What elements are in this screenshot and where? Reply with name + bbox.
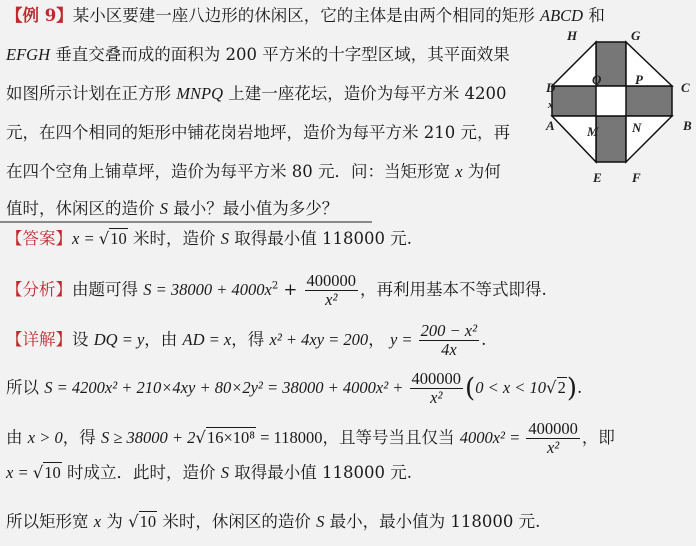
text: 由 <box>6 428 28 447</box>
text: ， <box>368 330 390 349</box>
math-var: x <box>94 512 101 531</box>
octagon-diagram: H G D C x A B Q P M N E F <box>538 28 696 188</box>
text: 在四个空角上铺草坪，造价为每平方米 80 元．问：当矩形宽 <box>6 162 455 181</box>
problem-line-5: 在四个空角上铺草坪，造价为每平方米 80 元．问：当矩形宽 x 为何 <box>6 162 501 182</box>
problem-line-2: EFGH 垂直交叠而成的面积为 200 平方米的十字型区域，其平面效果 <box>6 45 510 65</box>
text: 米时，休闲区的造价 <box>157 512 316 531</box>
text: 最小，最小值为 118000 元. <box>324 512 540 531</box>
sqrt: √10 <box>99 228 128 248</box>
text: 值时，休闲区的造价 <box>6 199 160 218</box>
sqrt: √10 <box>128 511 157 531</box>
detail-tag: 【详解】 <box>6 330 72 349</box>
radicand: 16×10⁸ <box>206 427 256 447</box>
math: S = 4200x² + 210×4xy + 80×2y² = 38000 + … <box>44 378 407 397</box>
answer-tag: 【答案】 <box>6 229 72 248</box>
text: 时成立．此时，造价 <box>62 463 221 482</box>
text: 上建一座花坛，造价为每平方米 4200 <box>223 84 506 103</box>
math-var: x <box>455 162 462 181</box>
answer-line: 【答案】x = √10 米时，造价 S 取得最小值 118000 元. <box>6 229 412 249</box>
math: x = <box>72 229 99 248</box>
numerator: 400000 <box>410 370 464 389</box>
text: 垂直交叠而成的面积为 200 平方米的十字型区域，其平面效果 <box>50 45 510 64</box>
text: . <box>577 378 582 397</box>
detail-line-2: 所以 S = 4200x² + 210×4xy + 80×2y² = 38000… <box>6 370 582 407</box>
detail-line-5: 所以矩形宽 x 为 √10 米时，休闲区的造价 S 最小，最小值为 118000… <box>6 512 540 532</box>
detail-line-3: 由 x > 0，得 S ≥ 38000 + 2√16×10⁸ = 118000，… <box>6 420 615 457</box>
label-P: P <box>635 72 643 88</box>
label-M: M <box>587 124 599 140</box>
label-N: N <box>632 120 641 136</box>
sqrt: √10 <box>33 462 62 482</box>
denominator: x² <box>410 389 464 407</box>
denominator: x² <box>305 291 359 309</box>
math: y = <box>390 330 417 349</box>
text: ，得 <box>231 330 269 349</box>
text: ，即 <box>582 428 615 447</box>
math-var: ABCD <box>540 6 583 25</box>
fraction: 400000x² <box>526 420 580 457</box>
fraction: 400000x² <box>410 370 464 407</box>
text: 设 <box>72 330 94 349</box>
label-F: F <box>632 170 641 186</box>
text: . <box>481 330 486 349</box>
radicand: 10 <box>43 462 62 482</box>
numerator: 200 − x² <box>419 322 479 341</box>
octagon-cross-figure <box>538 28 696 188</box>
text: ，得 <box>63 428 101 447</box>
label-A: A <box>546 118 555 134</box>
text: 米时，造价 <box>128 229 221 248</box>
separator-line <box>0 221 372 223</box>
math: S = 38000 + 4000x <box>143 280 272 299</box>
fraction: 200 − x²4x <box>419 322 479 359</box>
text: 为 <box>101 512 128 531</box>
problem-line-4: 元，在四个相同的矩形中铺花岗岩地坪，造价为每平方米 210 元，再 <box>6 123 510 143</box>
math: DQ = y <box>94 330 145 349</box>
math-var: S <box>221 463 229 482</box>
text: 如图所示计划在正方形 <box>6 84 176 103</box>
text: 为何 <box>463 162 501 181</box>
detail-line-1: 【详解】设 DQ = y，由 AD = x，得 x² + 4xy = 200， … <box>6 322 486 359</box>
math-var: S <box>160 199 168 218</box>
sqrt: √2 <box>546 377 567 397</box>
text: + <box>278 280 302 299</box>
math: x > 0 <box>28 428 63 447</box>
text: 最小？最小值为多少？ <box>168 199 338 218</box>
math-var: MNPQ <box>176 84 223 103</box>
math: 0 < x < 10 <box>475 378 546 397</box>
text: ，由 <box>144 330 182 349</box>
text: 取得最小值 118000 元. <box>229 463 412 482</box>
denominator: 4x <box>419 341 479 359</box>
text: 所以 <box>6 378 44 397</box>
label-x: x <box>548 100 553 111</box>
radicand: 2 <box>557 377 567 397</box>
denominator: x² <box>526 439 580 457</box>
label-D: D <box>546 80 555 96</box>
example-tag: 【例 9】 <box>6 6 73 25</box>
label-C: C <box>681 80 690 96</box>
paren-open: ( <box>465 374 475 404</box>
math: x = <box>6 463 33 482</box>
label-Q: Q <box>592 72 601 88</box>
text: = 118000 <box>256 428 322 447</box>
analysis-line: 【分析】由题可得 S = 38000 + 4000x2 + 400000x²，再… <box>6 272 547 309</box>
label-B: B <box>683 118 692 134</box>
text: ，且等号当且仅当 <box>322 428 459 447</box>
math: 4000x² = <box>460 428 525 447</box>
text: ，再利用基本不等式即得. <box>360 280 547 299</box>
numerator: 400000 <box>305 272 359 291</box>
paren-close: ) <box>567 374 577 404</box>
text: 和 <box>583 6 605 25</box>
numerator: 400000 <box>526 420 580 439</box>
text: 由题可得 <box>72 280 143 299</box>
fraction: 400000x² <box>305 272 359 309</box>
label-E: E <box>593 170 602 186</box>
math-var: S <box>221 229 229 248</box>
radicand: 10 <box>139 511 158 531</box>
text: 某小区要建一座八边形的休闲区，它的主体是由两个相同的矩形 <box>73 6 540 25</box>
radicand: 10 <box>109 228 128 248</box>
label-H: H <box>567 28 577 44</box>
detail-line-4: x = √10 时成立．此时，造价 S 取得最小值 118000 元. <box>6 463 412 483</box>
math: x² + 4xy = 200 <box>270 330 369 349</box>
text: 元，在四个相同的矩形中铺花岗岩地坪，造价为每平方米 210 元，再 <box>6 123 510 142</box>
math: S ≥ 38000 + 2 <box>101 428 195 447</box>
math-var: EFGH <box>6 45 50 64</box>
problem-line-3: 如图所示计划在正方形 MNPQ 上建一座花坛，造价为每平方米 4200 <box>6 84 506 104</box>
problem-line-6: 值时，休闲区的造价 S 最小？最小值为多少？ <box>6 199 338 219</box>
sqrt: √16×10⁸ <box>195 427 256 447</box>
math: AD = x <box>183 330 232 349</box>
analysis-tag: 【分析】 <box>6 280 72 299</box>
text: 取得最小值 118000 元. <box>229 229 412 248</box>
text: 所以矩形宽 <box>6 512 94 531</box>
label-G: G <box>631 28 640 44</box>
problem-line-1: 【例 9】某小区要建一座八边形的休闲区，它的主体是由两个相同的矩形 ABCD 和 <box>6 6 605 26</box>
